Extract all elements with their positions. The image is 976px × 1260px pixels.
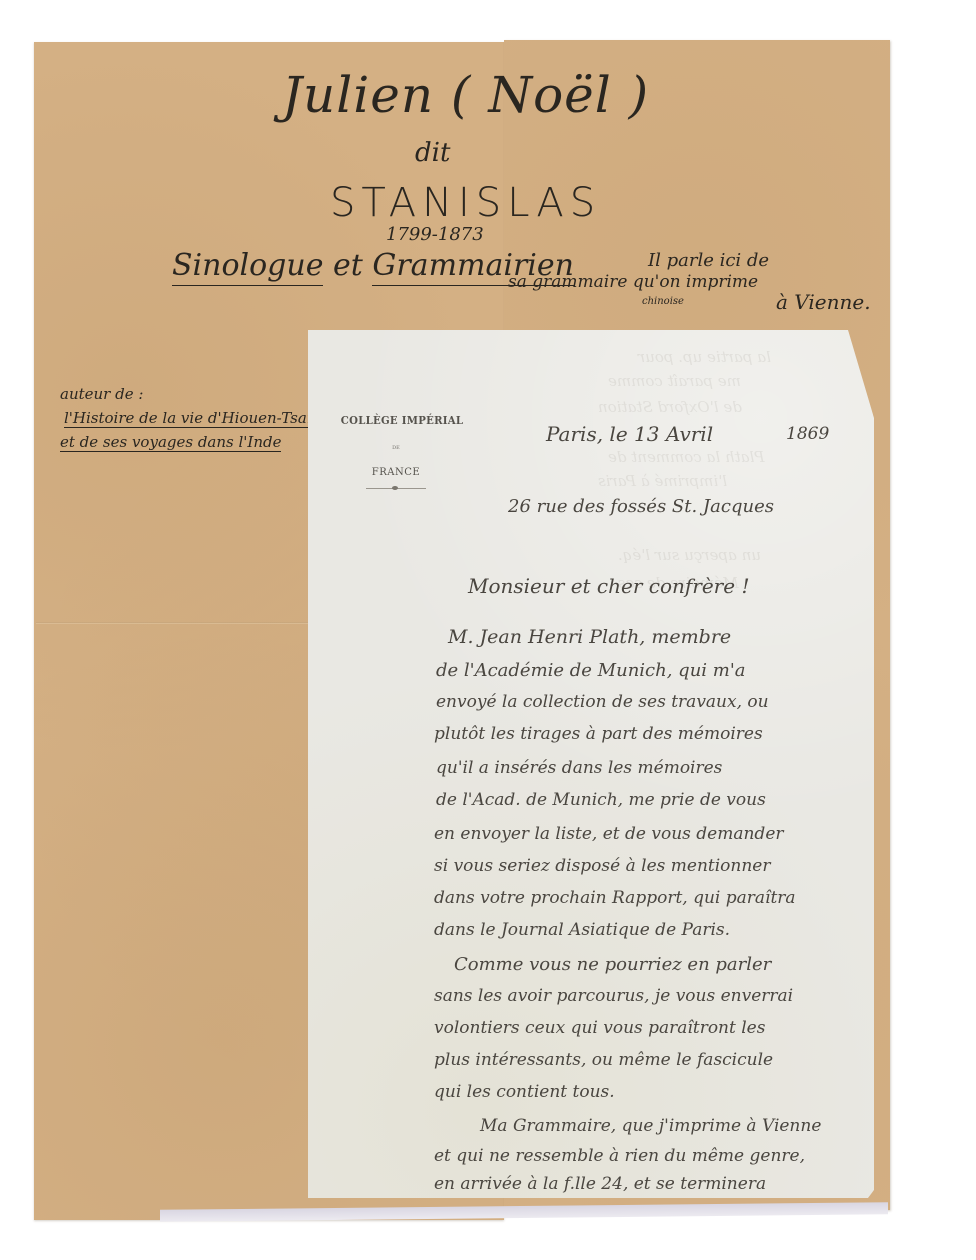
letter-body-line: plus intéressants, ou même le fascicule — [434, 1050, 773, 1070]
letter-body-line: envoyé la collection de ses travaux, ou — [436, 692, 769, 712]
annotation-note-line3: à Vienne. — [776, 290, 871, 314]
letter-year: 1869 — [786, 424, 829, 444]
annotation-pseudonym: STANISLAS — [330, 180, 601, 226]
annotation-dit: dit — [415, 138, 450, 168]
title-sinologue: Sinologue — [172, 248, 323, 286]
letterhead-france: FRANCE — [336, 467, 456, 478]
bleed-line: un aperçu sur l'éq. — [618, 546, 761, 564]
title-and: et — [333, 248, 363, 283]
letter-body-line: M. Jean Henri Plath, membre — [448, 626, 731, 648]
letter-body-line: dans le Journal Asiatique de Paris. — [434, 920, 730, 940]
letter-body-line: si vous seriez disposé à les mentionner — [434, 856, 770, 876]
side-note-line3: et de ses voyages dans l'Inde — [60, 432, 281, 452]
bleed-line: de l'Oxford Station — [598, 398, 742, 416]
annotation-dates: 1799-1873 — [386, 224, 484, 245]
annotation-name: Julien ( Noël ) — [282, 66, 649, 124]
annotation-note-line2: sa grammaire qu'on imprime — [508, 272, 758, 292]
letterhead-de: DE — [336, 445, 456, 451]
fold-crease — [36, 622, 308, 624]
side-note-line2: l'Histoire de la vie d'Hiouen-Tsang — [64, 408, 326, 428]
letter-body-line: et qui ne ressemble à rien du même genre… — [434, 1146, 805, 1166]
letter-sheet: la partie up. pour me paraît comme de l'… — [308, 330, 874, 1198]
letterhead-ornament — [366, 488, 426, 489]
letter-body-line: de l'Acad. de Munich, me prie de vous — [436, 790, 766, 810]
bleed-line: Plath la comment de — [608, 448, 765, 466]
letter-body-line: qu'il a insérés dans les mémoires — [436, 758, 722, 778]
letter-body-line: sans les avoir parcourus, je vous enverr… — [434, 986, 793, 1006]
letter-body-line: volontiers ceux qui vous paraîtront les — [434, 1018, 765, 1038]
bleed-line: me paraît comme — [608, 372, 741, 390]
letter-body-line: de l'Académie de Munich, qui m'a — [436, 660, 746, 681]
annotation-note-line1: Il parle ici de — [648, 250, 769, 271]
side-note-line3-text: et de ses voyages dans l'Inde — [60, 433, 281, 452]
letter-salutation: Monsieur et cher confrère ! — [468, 574, 749, 598]
letter-body-line: en envoyer la liste, et de vous demander — [434, 824, 784, 844]
bleed-line: la partie up. pour — [638, 348, 771, 366]
letterhead-college: COLLÈGE IMPÉRIAL — [341, 414, 451, 427]
note-imprime: qu'on imprime — [633, 272, 758, 292]
bleed-line: l'imprimé à Paris — [598, 472, 727, 490]
letter-body-line: Comme vous ne pourriez en parler — [454, 954, 771, 975]
letter-body-line: plutôt les tirages à part des mémoires — [434, 724, 763, 744]
letter-body-line: en arrivée à la f.lle 24, et se terminer… — [434, 1174, 766, 1194]
letter-body-line: dans votre prochain Rapport, qui paraîtr… — [434, 888, 796, 908]
letter-address: 26 rue des fossés St. Jacques — [508, 496, 774, 517]
letter-body-line: qui les contient tous. — [434, 1082, 615, 1102]
letter-body-line: Ma Grammaire, que j'imprime à Vienne — [480, 1116, 821, 1136]
annotation-note-inserted: chinoise — [642, 296, 684, 307]
side-note-line1: auteur de : — [60, 384, 143, 404]
letterhead: COLLÈGE IMPÉRIAL DE FRANCE — [336, 414, 456, 489]
letter-dateline: Paris, le 13 Avril — [546, 422, 713, 446]
side-note-line2-text: l'Histoire de la vie d'Hiouen-Tsang — [64, 409, 326, 428]
note-grammaire: sa grammaire — [508, 272, 627, 292]
